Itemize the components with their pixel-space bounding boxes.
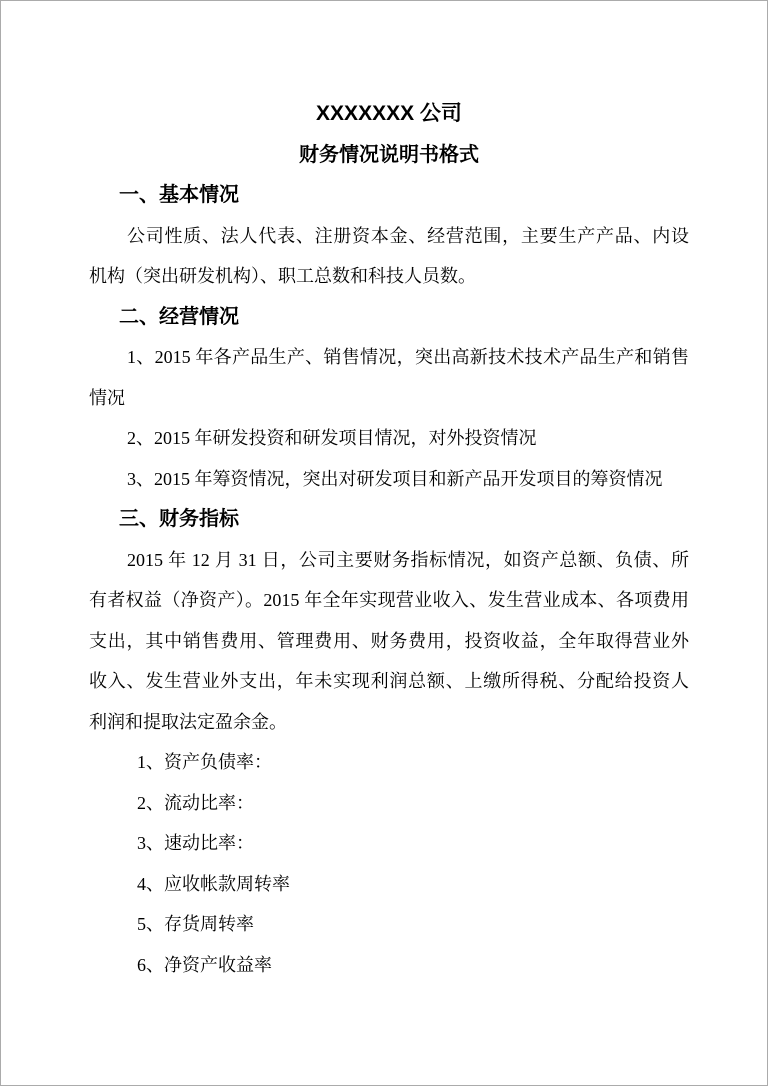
- paragraph-line: 2、2015 年研发投资和研发项目情况，对外投资情况: [89, 418, 689, 459]
- paragraph-line: 2015 年 12 月 31 日，公司主要财务指标情况，如资产总额、负债、所: [89, 540, 689, 581]
- document-content: XXXXXXX 公司 财务情况说明书格式 一、基本情况 公司性质、法人代表、注册…: [89, 1, 689, 985]
- paragraph-line: 支出，其中销售费用、管理费用、财务费用，投资收益，全年取得营业外: [89, 621, 689, 662]
- list-item-receivables-turnover: 4、应收帐款周转率: [89, 864, 689, 905]
- paragraph-line: 公司性质、法人代表、注册资本金、经营范围，主要生产产品、内设: [89, 216, 689, 257]
- paragraph-line: 情况: [89, 378, 689, 419]
- section-heading-financial-indicators: 三、财务指标: [89, 499, 689, 540]
- document-title: XXXXXXX 公司: [89, 94, 689, 135]
- paragraph-line: 机构（突出研发机构）、职工总数和科技人员数。: [89, 256, 689, 297]
- list-item-return-on-equity: 6、净资产收益率: [89, 945, 689, 986]
- list-item-current-ratio: 2、流动比率：: [89, 783, 689, 824]
- document-subtitle: 财务情况说明书格式: [89, 135, 689, 176]
- paragraph-line: 收入、发生营业外支出，年未实现利润总额、上缴所得税、分配给投资人: [89, 661, 689, 702]
- section-heading-basic-info: 一、基本情况: [89, 175, 689, 216]
- list-item-asset-liability-ratio: 1、资产负债率：: [89, 742, 689, 783]
- paragraph-line: 3、2015 年筹资情况，突出对研发项目和新产品开发项目的筹资情况: [89, 459, 689, 500]
- section-heading-operations: 二、经营情况: [89, 297, 689, 338]
- list-item-inventory-turnover: 5、存货周转率: [89, 904, 689, 945]
- document-page: XXXXXXX 公司 财务情况说明书格式 一、基本情况 公司性质、法人代表、注册…: [0, 0, 768, 1086]
- list-item-quick-ratio: 3、速动比率：: [89, 823, 689, 864]
- paragraph-line: 1、2015 年各产品生产、销售情况，突出高新技术技术产品生产和销售: [89, 337, 689, 378]
- paragraph-line: 有者权益（净资产）。2015 年全年实现营业收入、发生营业成本、各项费用: [89, 580, 689, 621]
- paragraph-line: 利润和提取法定盈余金。: [89, 702, 689, 743]
